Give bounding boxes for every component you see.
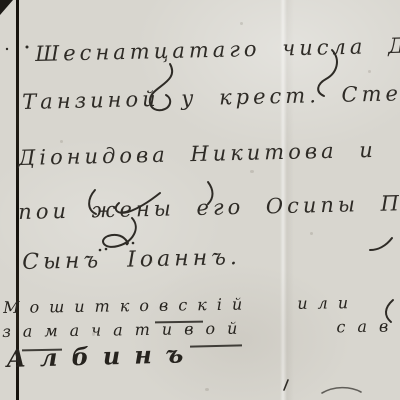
annotation-line-1: Мошитковскій или [3, 293, 358, 317]
handwriting-line-3: Діонидова Никитова и [18, 138, 377, 170]
handwriting-line-5: Сынъ Іоаннъ. [22, 245, 241, 275]
paper-speck [150, 260, 153, 263]
annotation-underline [190, 344, 242, 347]
paper-speck [60, 140, 63, 143]
curl-right-line4 [370, 238, 392, 250]
handwriting-line-2: Танзиной у крест. Стефа [22, 81, 400, 114]
loop-line4 [103, 218, 136, 247]
corner-ink-stain [0, 0, 13, 15]
diaeresis-dot [132, 242, 135, 245]
diaeresis-dot [126, 243, 129, 246]
ink-dot [6, 48, 8, 50]
paper-speck [240, 22, 243, 25]
annotation-line-3: Албинъ [6, 339, 198, 373]
handwriting-line-1: Шеснатцатаго числа Де [35, 33, 400, 66]
paper-speck [92, 332, 95, 336]
paper-speck [310, 232, 313, 235]
apostrophe-mark [284, 380, 288, 390]
paper-speck [205, 388, 209, 391]
ink-dot [26, 46, 29, 49]
curve-bottom-right [322, 388, 361, 393]
paper-speck [250, 170, 254, 173]
manuscript-page: Шеснатцатаго числа Де Танзиной у крест. … [0, 0, 400, 400]
handwriting-line-4: пои жены его Осипы Пет [18, 190, 400, 224]
paper-speck [368, 70, 371, 73]
